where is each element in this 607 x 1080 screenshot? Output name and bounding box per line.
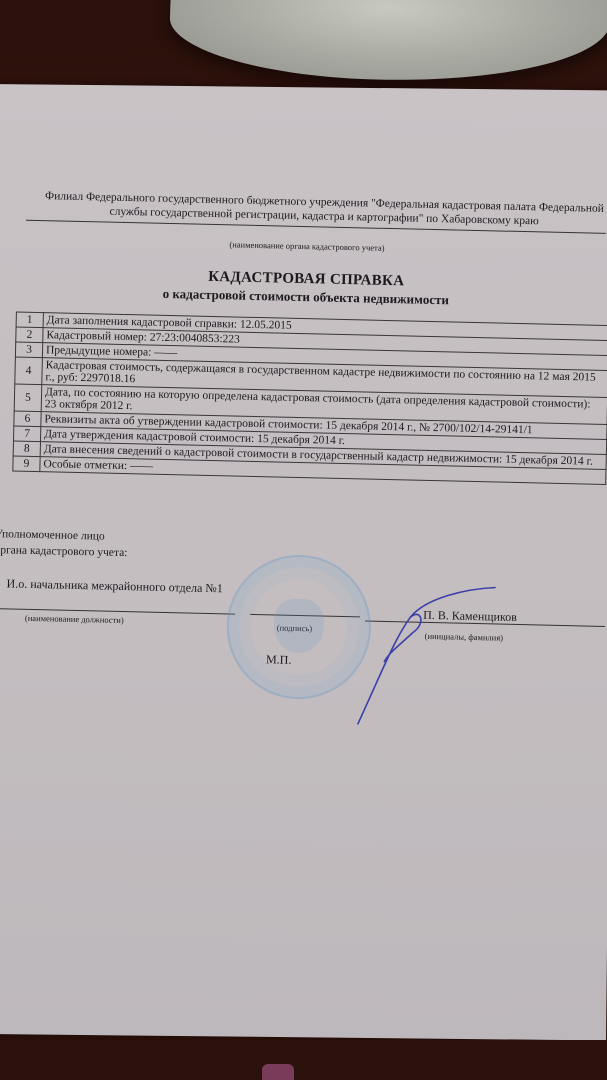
table-edge: [0, 1040, 607, 1080]
foot-partial: [262, 1064, 294, 1080]
authorized-person-label: Уполномоченное лицо: [0, 528, 105, 542]
signature-block: Уполномоченное лицо органа кадастрового …: [0, 528, 604, 542]
row-number: 7: [13, 426, 40, 442]
row-number: 4: [15, 357, 43, 385]
organization-name: Филиал Федерального государственного бюд…: [44, 189, 604, 230]
row-number: 5: [14, 384, 42, 412]
authorized-org-label: органа кадастрового учета:: [0, 544, 128, 559]
handwritten-signature-icon: [313, 575, 496, 729]
row-number: 2: [16, 327, 43, 343]
details-table: 1Дата заполнения кадастровой справки: 12…: [12, 312, 607, 485]
organization-caption: (наименование органа кадастрового учета): [3, 234, 607, 258]
position-caption: (наименование должности): [25, 613, 124, 625]
row-number: 1: [16, 312, 43, 328]
position-title: И.о. начальника межрайонного отдела №1: [2, 576, 228, 595]
row-number: 6: [14, 411, 41, 427]
row-number: 3: [15, 342, 42, 358]
document: Филиал Федерального государственного бюд…: [0, 0, 607, 1080]
row-number: 9: [13, 456, 40, 472]
row-number: 8: [13, 441, 40, 457]
